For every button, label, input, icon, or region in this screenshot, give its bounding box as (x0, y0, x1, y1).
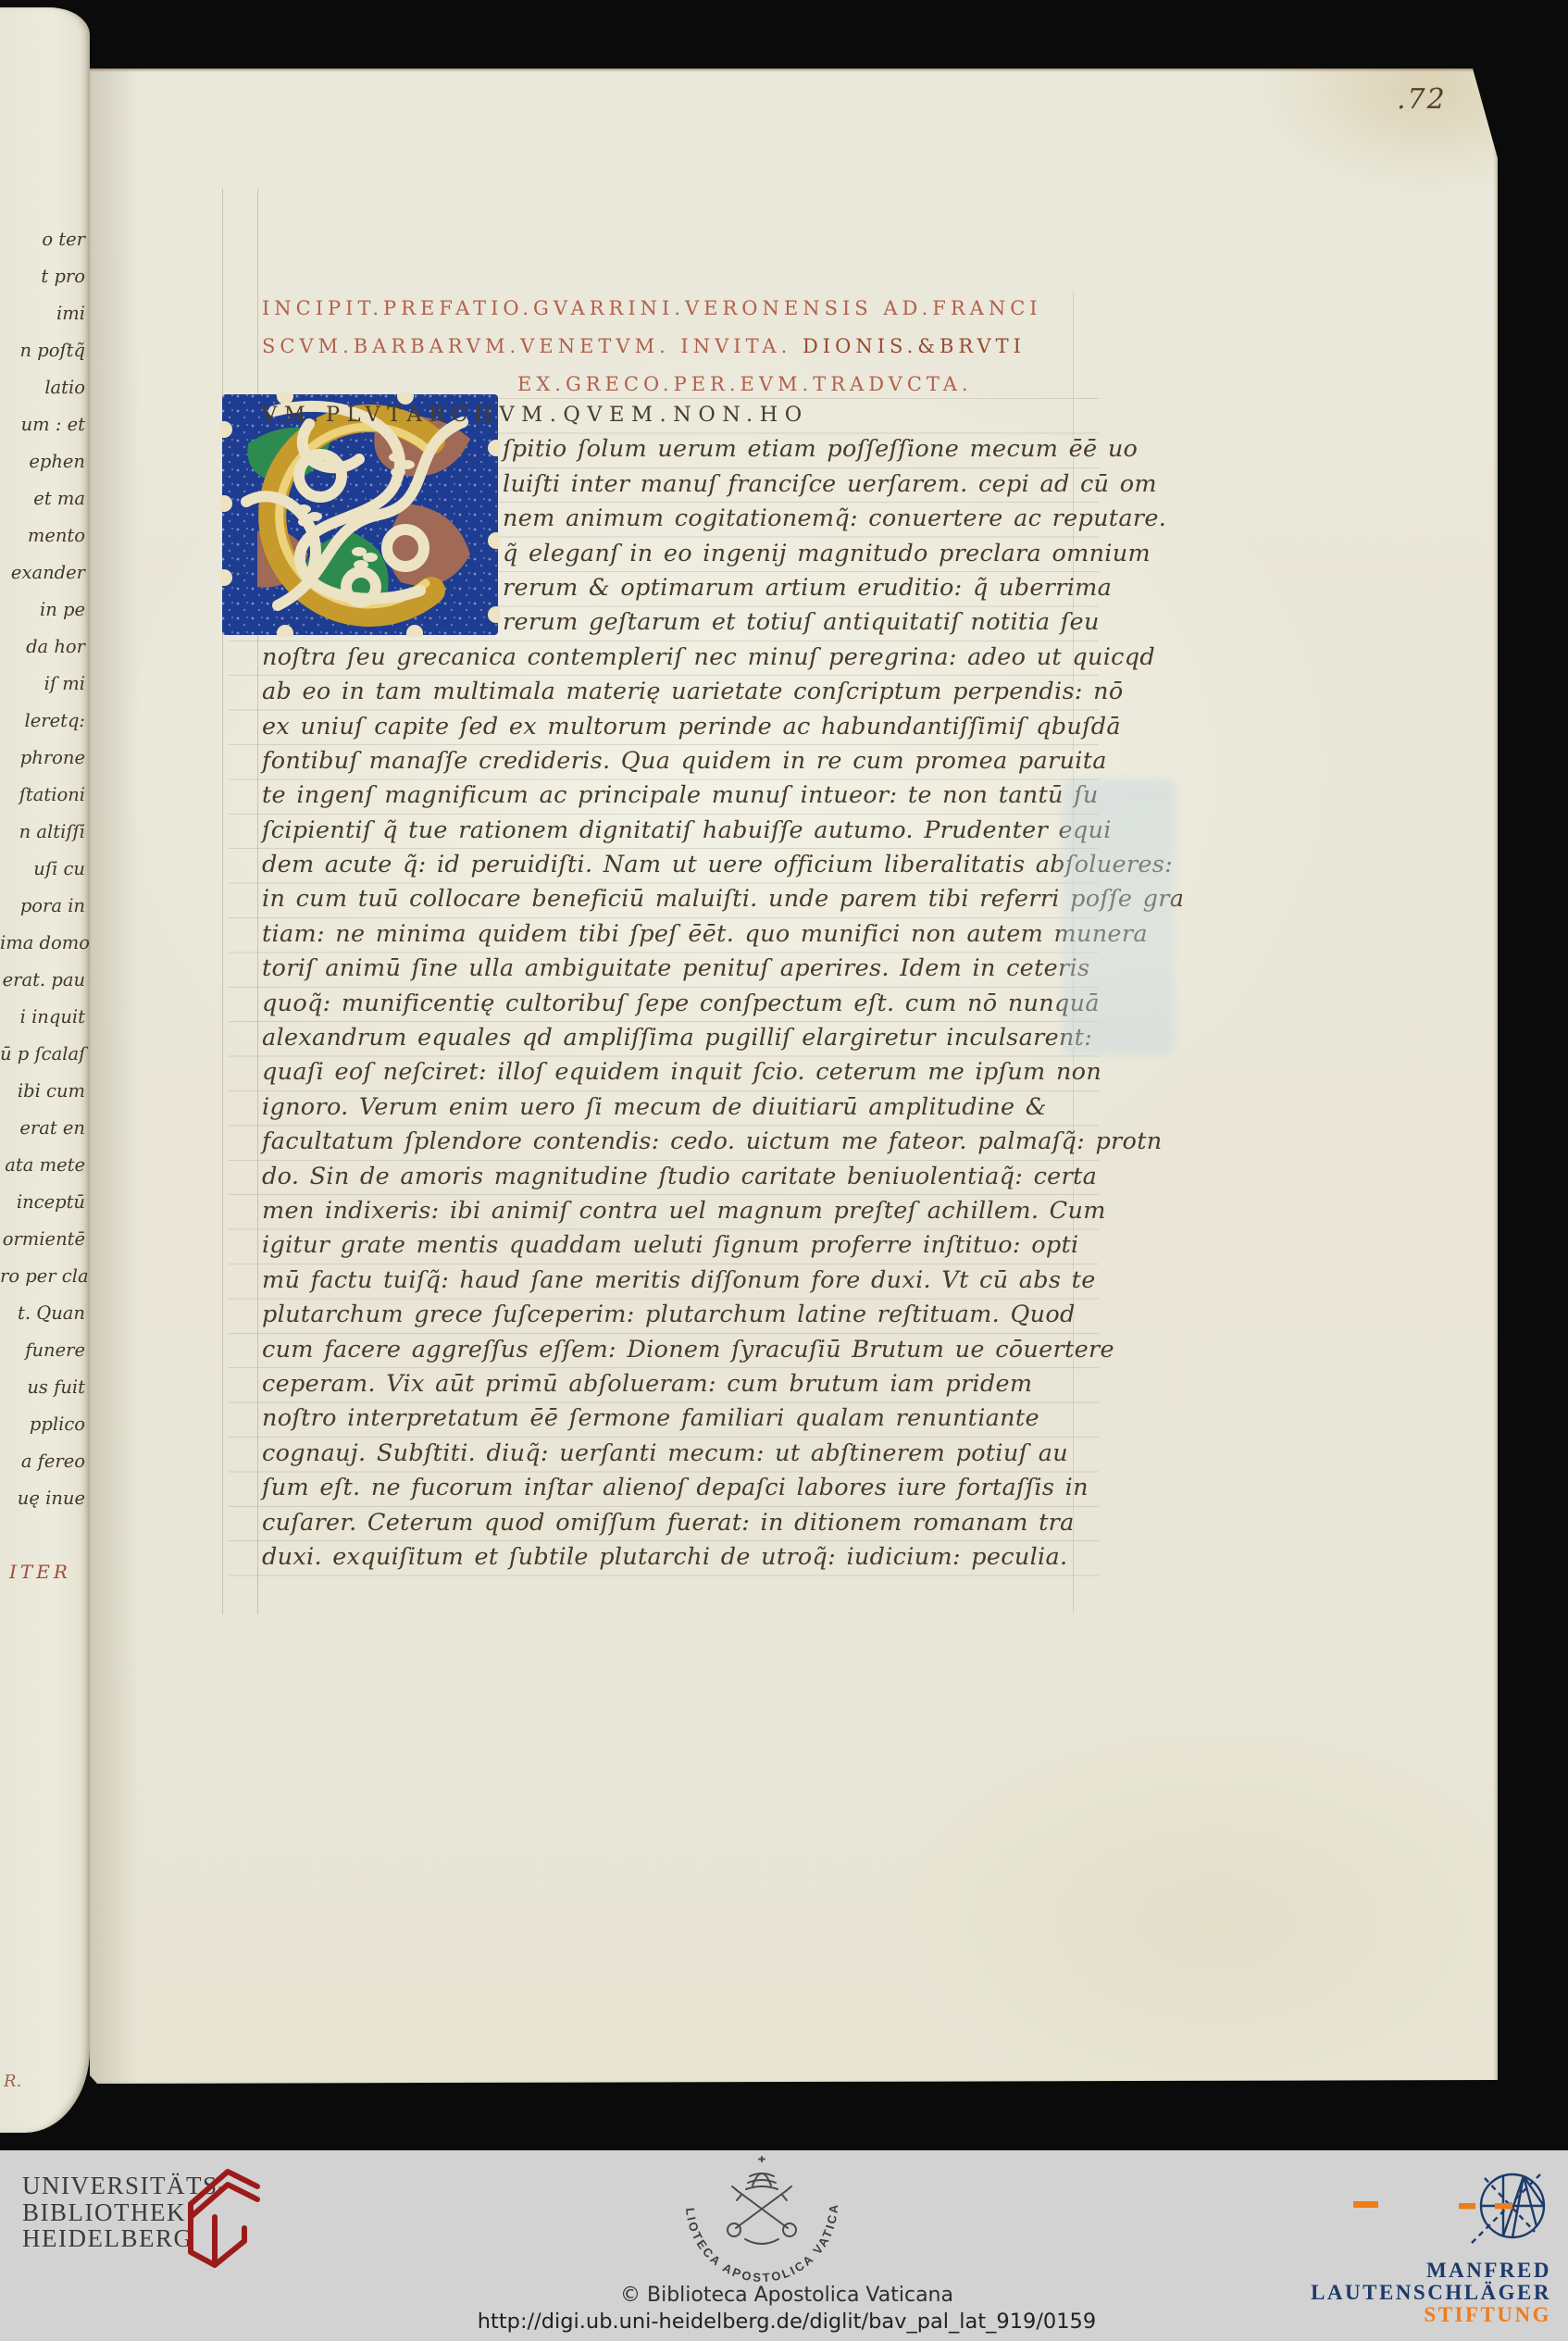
verso-initial-showthrough (1062, 779, 1175, 1055)
manuscript-page: .72 INCIPIT.PREFATIO.GVARRINI.VERONENSIS… (90, 68, 1498, 2084)
manuscript-line: quaſi eoſ neſciret: illoſ equidem inquit… (262, 1055, 1141, 1090)
facing-page-fragment: ima domo (0, 933, 88, 953)
facing-page-fragment: iſ mi (0, 674, 88, 694)
manuscript-line: mū factu tuiſq̃: haud ſane meritis diſſo… (262, 1264, 1141, 1298)
facing-page-fragment: mento (0, 526, 88, 546)
facing-page-fragment: ibi cum (0, 1081, 88, 1102)
facing-page-fragment: ū p ſcalaſ (0, 1044, 88, 1065)
facing-page-fragment: n poſtq̃ (0, 341, 88, 361)
manuscript-line: men indixeris: ibi animiſ contra uel mag… (262, 1194, 1141, 1228)
rubric-line-2: SCVM.BARBARVM.VENETVM. INVITA. DIONIS.&B… (262, 335, 1026, 357)
corner-ink-mark: R. (4, 2072, 21, 2091)
manuscript-line: ſum eſt. ne fucorum inſtar alienoſ depaſ… (262, 1471, 1141, 1505)
footer-bar: UNIVERSITÄTS- BIBLIOTHEK HEIDELBERG (0, 2150, 1568, 2341)
facing-page-fragment: da hor (0, 637, 88, 657)
manuscript-line: fontibuſ manaſſe credideris. Qua quidem … (262, 744, 1141, 778)
facing-page-fragment: t. Quan (0, 1303, 88, 1324)
facing-page-fragment: latio (0, 378, 88, 398)
facing-page-fragment: uę inue (0, 1488, 88, 1509)
digitized-manuscript-viewer: { "page": { "folio_number": ".72", "rubr… (0, 0, 1568, 2341)
facing-page-fragment: et ma (0, 489, 88, 509)
facing-page-fragment: ormientē (0, 1229, 88, 1250)
facing-page-fragment: imi (0, 304, 88, 324)
manuscript-line: in cum tuū collocare beneficiū maluiſti.… (262, 882, 1141, 916)
facing-page-fragment: ro per cla (0, 1266, 88, 1287)
manuscript-line: tiam: ne minima quidem tibi ſpeſ ēēt. qu… (262, 917, 1141, 952)
facing-page-fragment: exander (0, 563, 88, 583)
facing-page-fragment: t pro (0, 267, 88, 287)
manuscript-line: cognauj. Subſtiti. diuq̃: uerſanti mecum… (262, 1437, 1141, 1471)
rubric-line-2a: SCVM.BARBARVM.VENETVM. INVITA. (262, 335, 791, 357)
stiftung-dash-icon (1353, 2201, 1378, 2208)
manuscript-line: facultatum ſplendore contendis: cedo. ui… (262, 1125, 1141, 1159)
manuscript-line: quoq̃: munificentię cultoribuſ ſepe conſ… (262, 987, 1141, 1021)
manuscript-line: ceperam. Vix aūt primū abſolueram: cum b… (262, 1367, 1141, 1401)
facing-page-fragment: ephen (0, 452, 88, 472)
manuscript-line: ſcipientiſ q̃ tue rationem dignitatiſ ha… (262, 814, 1141, 848)
manuscript-line: te ingenſ magnificum ac principale munuſ… (262, 778, 1141, 813)
facing-page-fragment: n altiſſi (0, 822, 88, 842)
facing-page-fragment: inceptū (0, 1192, 88, 1213)
manuscript-line: VM.PLVTARCHVM.QVEM.NON.HO (262, 398, 1141, 432)
facing-page-fragment: ſtationi (0, 785, 88, 805)
facing-page-rubric-fragment: ITER (9, 1561, 71, 1583)
manuscript-line: rerum & optimarum artium eruditio: q̃ ub… (503, 571, 1141, 605)
manuscript-line: cum facere aggreſſus eſſem: Dionem ſyrac… (262, 1333, 1141, 1367)
rubric-line-2b: DIONIS.&BRVTI (803, 335, 1026, 357)
manuscript-line: luiſti inter manuſ franciſce uerſarem. c… (503, 467, 1141, 502)
manuscript-line: ignoro. Verum enim uero ſi mecum de diui… (262, 1090, 1141, 1125)
facing-page-fragment: leretq: (0, 711, 88, 731)
manuscript-line: ab eo in tam multimala materię uarietate… (262, 675, 1141, 709)
manuscript-line: dem acute q̃: id peruidiſti. Nam ut uere… (262, 848, 1141, 882)
manuscript-line: cuſarer. Ceterum quod omiſſum fuerat: in… (262, 1506, 1141, 1540)
facing-page-fragment: funere (0, 1340, 88, 1361)
stiftung-line-3: STIFTUNG (1311, 2304, 1551, 2326)
stiftung-wordmark: MANFRED LAUTENSCHLÄGER STIFTUNG (1311, 2260, 1551, 2326)
manuscript-line: do. Sin de amoris magnitudine ſtudio car… (262, 1160, 1141, 1194)
rubric-line-3: EX.GRECO.PER.EVM.TRADVCTA. (517, 373, 973, 395)
facing-page-fragment: uſi cu (0, 859, 88, 879)
rubric-line-1: INCIPIT.PREFATIO.GVARRINI.VERONENSIS AD.… (262, 297, 1042, 319)
manuscript-line: alexandrum equales qd ampliſſima pugilli… (262, 1021, 1141, 1055)
globe-logo-icon (1459, 2163, 1549, 2257)
facing-page-fragment: phrone (0, 748, 88, 768)
manuscript-text-block: VM.PLVTARCHVM.QVEM.NON.HOſpitio ſolum ue… (262, 398, 1141, 1575)
facing-page-fragment: pplico (0, 1414, 88, 1435)
copyright-text: © Biblioteca Apostolica Vaticana (574, 2284, 1000, 2307)
manuscript-line: ex uniuſ capite ſed ex multorum perinde … (262, 710, 1141, 744)
stiftung-line-1: MANFRED (1311, 2260, 1551, 2282)
facing-page-text-fragments: o tert proimin poſtq̃latioum : etephenet… (0, 7, 90, 2133)
facing-page-fragment: erat. pau (0, 970, 88, 990)
manuscript-line: plutarchum grece ſuſceperim: plutarchum … (262, 1298, 1141, 1332)
folio-number: .72 (1397, 83, 1447, 116)
vatican-seal-icon: BIBLIOTECA APOSTOLICA VATICANA (671, 2156, 852, 2292)
facing-page-fragment: i inquit (0, 1007, 88, 1027)
ub-book-logo-icon (183, 2160, 265, 2277)
manuscript-line: nem animum cogitationemq̃: conuertere ac… (503, 502, 1141, 536)
manuscript-line: duxi. exquiſitum et ſubtile plutarchi de… (262, 1540, 1141, 1575)
manuscript-line: q̃ eleganſ in eo ingenij magnitudo precl… (503, 537, 1141, 571)
svg-text:BIBLIOTECA APOSTOLICA VATICANA: BIBLIOTECA APOSTOLICA VATICANA (671, 2156, 840, 2285)
manuscript-line: igitur grate mentis quaddam ueluti ſignu… (262, 1228, 1141, 1263)
manuscript-line: ſpitio ſolum uerum etiam poſſeſſione mec… (503, 432, 1141, 467)
facing-page-fragment: pora in (0, 896, 88, 916)
facing-page-fragment: erat en (0, 1118, 88, 1139)
facing-page-edge: o tert proimin poſtq̃latioum : etephenet… (0, 7, 90, 2133)
manuscript-line: rerum geſtarum et totiuſ antiquitatiſ no… (503, 605, 1141, 640)
source-url: http://digi.ub.uni-heidelberg.de/diglit/… (389, 2310, 1185, 2334)
facing-page-fragment: um : et (0, 415, 88, 435)
manuscript-line: noſtro interpretatum ēē ſermone familiar… (262, 1401, 1141, 1436)
facing-page-fragment: in pe (0, 600, 88, 620)
facing-page-fragment: o ter (0, 230, 88, 250)
facing-page-fragment: us fuit (0, 1377, 88, 1398)
facing-page-fragment: ata mete (0, 1155, 88, 1176)
manuscript-line: toriſ animū ſine ulla ambiguitate penitu… (262, 952, 1141, 986)
stiftung-line-2: LAUTENSCHLÄGER (1311, 2282, 1551, 2304)
facing-page-fragment: a fereo (0, 1451, 88, 1472)
seal-ring-text: BIBLIOTECA APOSTOLICA VATICANA (671, 2156, 840, 2285)
manuscript-line: noſtra ſeu grecanica contempleriſ nec mi… (262, 641, 1141, 675)
